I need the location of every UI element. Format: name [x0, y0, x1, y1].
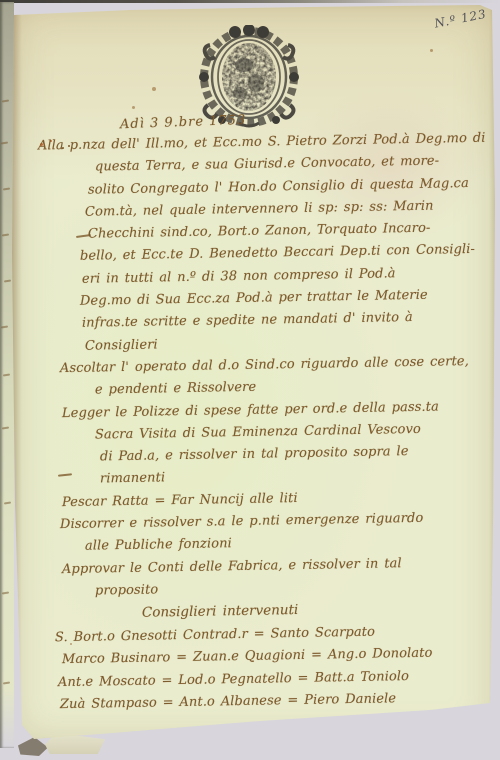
- manuscript-body: Alla p.nza dell' Ill.mo, et Ecc.mo S. Pi…: [10, 136, 497, 604]
- bleed-through-mark: [3, 374, 10, 377]
- fox-spot: [152, 87, 156, 91]
- bleed-through-mark: [4, 280, 11, 283]
- scanned-manuscript-photo: N.º 123: [0, 0, 500, 760]
- fox-spot: [430, 49, 433, 52]
- manuscript-page: N.º 123: [10, 3, 497, 745]
- folio-number: N.º 123: [433, 5, 495, 30]
- councillors-section: Consiglieri intervenuti S. Bort.o Gnesot…: [10, 603, 497, 717]
- bleed-through-mark: [1, 326, 8, 329]
- bleed-through-mark: [2, 100, 9, 103]
- bleed-through-mark: [1, 142, 8, 145]
- book-gutter-strip: [0, 2, 14, 748]
- curled-corner-fragment: [18, 737, 48, 756]
- bleed-through-mark: [3, 188, 10, 191]
- bleed-through-mark: [4, 502, 11, 505]
- fox-spot: [132, 106, 135, 109]
- councillor-names: S. Bort.o Gnesotti Contrad.r = Santo Sca…: [10, 628, 497, 717]
- photo-top-edge: [0, 0, 500, 3]
- date-line: Adì 3 9.bre 1753: [120, 113, 247, 132]
- bleed-through-mark: [2, 427, 9, 430]
- bleed-through-mark: [3, 682, 10, 685]
- bleed-through-mark: [2, 234, 9, 237]
- bleed-through-mark: [2, 592, 9, 595]
